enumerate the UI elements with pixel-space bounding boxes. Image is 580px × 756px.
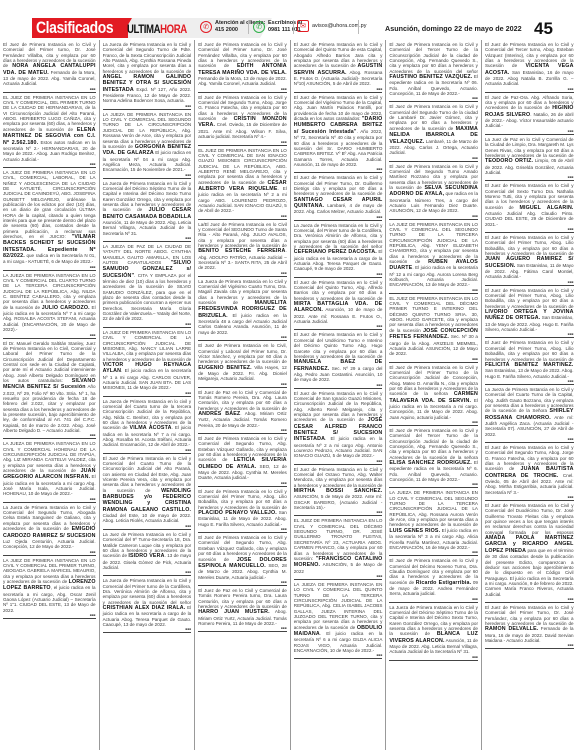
ad-code: ■■■ bbox=[103, 448, 192, 452]
legal-notice: El Juez de Primera Instancia en lo Civil… bbox=[389, 102, 478, 161]
ad-code: ■■■ bbox=[103, 104, 192, 108]
notice-text: para que en el término de 30 días contad… bbox=[485, 548, 574, 597]
notice-text: El Juez de Primera Instancia en lo Civil… bbox=[198, 343, 287, 364]
notice-text: El Juez de Primera Instancia en lo Civil… bbox=[294, 467, 383, 488]
legal-notice: El Juez de Primera Instancia en lo Civil… bbox=[294, 40, 383, 93]
legal-notice: La Jueza de Primera Instancia en lo Civi… bbox=[103, 40, 192, 110]
legal-notice: El Juez de Primera Instancia en lo Civil… bbox=[485, 443, 574, 501]
deceased-name: LUIS GENES RIOS. bbox=[389, 528, 440, 534]
column-2: La Jueza de Primera Instancia en lo Civi… bbox=[99, 40, 195, 750]
ad-code: ■■■ bbox=[3, 433, 96, 437]
legal-notice: El Juez de Primera Instancia en lo Civil… bbox=[485, 286, 574, 339]
deceased-name: PLACIDO PENAYO VALLEJO. bbox=[198, 510, 277, 516]
deceased-name: TEODORO ORTIZ. bbox=[485, 158, 533, 164]
notice-text: El Juez de Primera Instancia en lo Civil… bbox=[485, 605, 574, 626]
notice-text: El Juez de Primera Instancia en lo Civil… bbox=[294, 280, 383, 301]
ad-code: ■■■ bbox=[3, 162, 96, 166]
ad-code: ■■■ bbox=[3, 497, 96, 501]
legal-notice: La Jueza de Primera Instancia en lo Civi… bbox=[103, 179, 192, 242]
legal-notice: El Juez de Primera Instancia en lo Civil… bbox=[389, 162, 478, 220]
column-5: El Juez de Primera Instancia en lo Civil… bbox=[385, 40, 481, 750]
ad-code: ■■■ bbox=[389, 214, 478, 218]
ad-code: ■■■ bbox=[103, 322, 192, 326]
ad-code: ■■■ bbox=[485, 175, 574, 179]
deceased-name: CRISTHIAN ALEX DIAZ IRALA. bbox=[103, 605, 186, 611]
legal-notice: LA JUEZ DE PRIMERA INSTANCIA EN LO CIVIL… bbox=[3, 168, 96, 271]
legal-notice: El Juez de Primera Instancia en lo Civil… bbox=[198, 341, 287, 387]
notice-text: El Dr. Manuel Geraldo Saltitán Stanley, … bbox=[3, 341, 96, 383]
deceased-name: RAMON DELVALLE. bbox=[485, 626, 538, 632]
deceased-name: BENITO ESTECHE FERREIRA bbox=[198, 248, 285, 254]
ad-code: ■■■ bbox=[485, 437, 574, 441]
legal-notice: El Juez de Primera Instancia en lo Civil… bbox=[485, 501, 574, 603]
legal-notice: LA JUEZA DE PAZ DE LA CIUDAD DE YATAITY … bbox=[103, 242, 192, 328]
deceased-name: JULIO CARDOZO. bbox=[42, 305, 90, 311]
ad-code: ■■■ bbox=[389, 420, 478, 424]
ad-code: ■■■ bbox=[198, 428, 287, 432]
deceased-name: EUGENIO BENITEZ. bbox=[198, 365, 252, 371]
ad-code: ■■■ bbox=[3, 333, 96, 337]
ad-code: ■■■ bbox=[389, 482, 478, 486]
legal-notice: La Jueza de Primera Instancia en lo Civi… bbox=[485, 385, 574, 443]
ad-code: ■■■ bbox=[485, 227, 574, 231]
ad-code: ■■■ bbox=[485, 332, 574, 336]
ad-code: ■■■ bbox=[294, 459, 383, 463]
notice-text: La/El Juez de Primera Instancia en lo Ci… bbox=[198, 222, 287, 248]
legal-notice: LA JUEZ DE PRIMERA INSTANCIA EN LO CIVIL… bbox=[3, 556, 96, 619]
phone-icon: ✆ bbox=[200, 21, 212, 33]
legal-notice: El Juez de Primera Instancia en lo Civil… bbox=[294, 278, 383, 331]
deceased-name: HARRO JUAN MUSTER. bbox=[198, 609, 270, 615]
ad-code: ■■■ bbox=[485, 129, 574, 133]
legal-notice: El Juez de Primera Instancia en lo Civil… bbox=[294, 173, 383, 220]
ad-code: ■■■ bbox=[389, 655, 478, 659]
notice-text: Año 2.022, Nº 29, Folio Nº 90 vlto. Stri… bbox=[3, 384, 96, 433]
notice-text: La Jueza de Primera Instancia en lo Civi… bbox=[103, 578, 192, 604]
notice-text: El Juez de Primera Instancia en lo Civil… bbox=[294, 332, 383, 358]
column-1: El Juez de Primera Instancia en lo Civil… bbox=[3, 40, 99, 750]
ad-code: ■■■ bbox=[485, 87, 574, 91]
ad-code: ■■■ bbox=[485, 280, 574, 284]
ad-code: ■■■ bbox=[198, 481, 287, 485]
legal-notice: La Jueza de Primera Instancia en lo civi… bbox=[103, 397, 192, 454]
legal-notice: El Juez de Primera Instancia en lo Civil… bbox=[485, 603, 574, 649]
ad-code: ■■■ bbox=[103, 391, 192, 395]
legal-notice: El Juez de Paz-Ora. Abg. Alfrando Soria,… bbox=[485, 93, 574, 135]
ad-code: ■■■ bbox=[389, 597, 478, 601]
ad-code: ■■■ bbox=[198, 527, 287, 531]
legal-notice: El Juez de Primera Instancia en lo Civil… bbox=[485, 338, 574, 384]
notice-text: El Juez de Primera Instancia en lo Civil… bbox=[485, 288, 574, 309]
legal-notice: El Juez de Primera Instancia en lo Civil… bbox=[294, 389, 383, 465]
section-title: Clasificados bbox=[36, 19, 113, 37]
legal-notice: El Juez de Primera Instancia en lo Civil… bbox=[485, 40, 574, 93]
notice-text: El Juez de Primera Instancia en lo Civil… bbox=[485, 235, 574, 256]
page-header: Clasificados ULTIMAHORA ✆ Atención al cl… bbox=[0, 16, 580, 38]
ad-code: ■■■ bbox=[198, 214, 287, 218]
legal-notice: La Jueza de Primera Instancia en lo Civi… bbox=[103, 576, 192, 633]
notice-text: Actuario Judicial Abg. Claudio Pinto. CI… bbox=[485, 211, 574, 227]
legal-notice: La Juez de Paz en lo Civil y Comercial d… bbox=[485, 135, 574, 181]
notice-text: El Juez de Primera Instancia en lo Civil… bbox=[485, 503, 574, 535]
ad-code: ■■■ bbox=[198, 382, 287, 386]
publication-date: Asunción, domingo 22 de mayo de 2022 bbox=[385, 24, 522, 33]
ad-code: ■■■ bbox=[485, 597, 574, 601]
legal-notice: El Juez de Primera Instancia en lo Civil… bbox=[485, 181, 574, 233]
legal-notice: La Jueza de Primera Instancia en lo Civi… bbox=[198, 277, 287, 341]
notice-text: El Juez de Primera Instancia en lo Civil… bbox=[198, 489, 287, 510]
legal-notice: LA JUEZA DE PRIMERA INSTANCIA EN LO CIVI… bbox=[389, 488, 478, 556]
notice-text: El Juez de Paz en lo Civil y Comercial d… bbox=[198, 588, 287, 609]
classifieds-columns: El Juez de Primera Instancia en lo Civil… bbox=[3, 40, 577, 750]
deceased-name: Ricardo Estigarribia. bbox=[416, 580, 471, 586]
notice-text: LA JUEZ DE PRIMERA INSTANCIA EN LO CIVIL… bbox=[103, 330, 192, 362]
notice-text: El Juez de Primera Instancia en lo Civil… bbox=[294, 175, 383, 196]
legal-notice: El Juez de Primera Instancia en lo Civil… bbox=[389, 363, 478, 426]
ad-code: ■■■ bbox=[103, 173, 192, 177]
divider bbox=[293, 20, 294, 34]
legal-notice: LA JUEZA DE PRIMERA INSTANCIA EN LO CIVI… bbox=[103, 110, 192, 179]
deceased-name: FELICITA BENITEZ MARTINEZ. bbox=[485, 362, 574, 368]
notice-text: ASUNCIÓN, 5 de Mayo de 2022. Ante mí: OS… bbox=[294, 494, 383, 510]
legal-notice: EL JUEZ DE PRIMERA INSTANCIA EN LO CIVIL… bbox=[3, 93, 96, 168]
notice-text: La Jueza de Primera Instancia en lo Civi… bbox=[103, 42, 192, 74]
notice-text: La Juez de Paz en lo Civil y Comercial d… bbox=[485, 137, 574, 158]
ad-code: ■■■ bbox=[294, 510, 383, 514]
legal-notice: El Juez de Primera Instancia en lo Civil… bbox=[389, 40, 478, 102]
ad-code: ■■■ bbox=[103, 236, 192, 240]
legal-notice: El Juez de Primera Instancia en lo Civil… bbox=[294, 330, 383, 388]
deceased-name: VILMA ACOSTA bbox=[130, 425, 172, 431]
ad-code: ■■■ bbox=[198, 335, 287, 339]
legal-notice: El Juez de Primera Instancia en lo Civil… bbox=[198, 93, 287, 146]
legal-notice: La Jueza de Primera Instancia en lo Civi… bbox=[294, 221, 383, 278]
whatsapp-icon: ✆ bbox=[253, 21, 265, 33]
ad-code: ■■■ bbox=[198, 87, 287, 91]
legal-notice: El Juez de Primera Instancia en lo Civil… bbox=[485, 233, 574, 286]
notice-text: El Juez de Primera Instancia en lo Civil… bbox=[389, 428, 478, 460]
column-4: El Juez de Primera Instancia en lo Civil… bbox=[290, 40, 386, 750]
legal-notice: LA JUEZ DE PRIMERA INSTANCIA EN LO CIVIL… bbox=[103, 328, 192, 397]
envelope-icon: ✉ bbox=[297, 20, 309, 32]
notice-text: El Juez de Primera Instancia en lo Civil… bbox=[485, 340, 574, 361]
ad-code: ■■■ bbox=[389, 288, 478, 292]
ad-code: ■■■ bbox=[485, 379, 574, 383]
legal-notice: El Juez de Primera Instancia en lo Civil… bbox=[198, 487, 287, 533]
legal-notice: El Juez de Primera Instancia en lo Civil… bbox=[198, 40, 287, 93]
notice-text: Luz Ojeda Centurión, Actuaria Judicial. … bbox=[3, 539, 96, 549]
notice-text: LA JUEZ DE PRIMERA INSTANCIA EN LO CIVIL… bbox=[3, 170, 96, 239]
notice-text: Asunción, 11 de Mayo de 2022. Abg. Letic… bbox=[103, 220, 192, 236]
ad-code: ■■■ bbox=[3, 550, 96, 554]
divider bbox=[248, 20, 249, 34]
ad-code: ■■■ bbox=[389, 156, 478, 160]
ad-code: ■■■ bbox=[198, 626, 287, 630]
whatsapp-contact: ✆ Escríbinos al0981 111 011 bbox=[253, 20, 302, 33]
notice-text: San Estanislao, 13 de Mayo de 2022. Abog… bbox=[485, 368, 574, 378]
legal-notice: El Juez de Primera Instancia en lo Civil… bbox=[389, 426, 478, 488]
ad-code: ■■■ bbox=[294, 383, 383, 387]
legal-notice: LA JUEZA DE PRIMERA INSTANCIA EN LO CIVI… bbox=[3, 439, 96, 502]
legal-notice: El Juez de Primera Instancia en lo Civil… bbox=[103, 454, 192, 530]
ad-code: ■■■ bbox=[294, 215, 383, 219]
notice-text: LA JUEZA DE PRIMERA INSTANCIA EN LO CIVI… bbox=[389, 490, 478, 527]
ad-code: ■■■ bbox=[103, 627, 192, 631]
deceased-name: ISIDRO VERA bbox=[128, 553, 164, 559]
ad-code: ■■■ bbox=[198, 140, 287, 144]
ad-code: ■■■ bbox=[294, 653, 383, 657]
deceased-name: CEFERIANO PEREZ DACOSTA. bbox=[294, 249, 377, 255]
email-contact: ✉ avisos@uhora.com.py bbox=[297, 20, 367, 32]
ad-code: ■■■ bbox=[198, 271, 287, 275]
newspaper-logo: ULTIMAHORA bbox=[127, 22, 187, 36]
notice-text: . Año 2022, Nº 72, Secretaría Nº 40 cita… bbox=[294, 129, 383, 167]
deceased-name: ANDRÉS BÁEZ bbox=[198, 411, 240, 417]
legal-notice: La Jueza de Primera Instancia en lo Civi… bbox=[389, 603, 478, 661]
ad-code: ■■■ bbox=[389, 357, 478, 361]
legal-notice: La Juez de Primera Instancia en lo Civil… bbox=[103, 530, 192, 576]
legal-notice: EL JUEZ DE PRIMERA INSTANCIA EN LO CIVIL… bbox=[294, 516, 383, 579]
legal-notice: EL JUEZ DE PRIMERA INSTANCIA EN LO CIVIL… bbox=[198, 146, 287, 220]
legal-notice: El Juez de Paz en lo Civil y Comercial d… bbox=[198, 388, 287, 434]
notice-text: La Jueza de Primera Instancia en lo Civi… bbox=[294, 223, 383, 249]
notice-text: El Juez de Paz en lo Civil y Comercial d… bbox=[198, 390, 287, 411]
legal-notice: LA JUEZA DE PRIMERA INSTANCIA EN LO CIVI… bbox=[294, 580, 383, 659]
legal-notice: El Juez de Primera Instancia en lo Civil… bbox=[294, 465, 383, 517]
ad-code: ■■■ bbox=[294, 167, 383, 171]
legal-notice: La/El Juez de Primera Instancia en lo Ci… bbox=[198, 220, 287, 277]
legal-notice: El Juez de Paz en lo Civil y Comercial d… bbox=[198, 586, 287, 632]
legal-notice: El Juez de Primera Instancia en lo Civil… bbox=[3, 40, 96, 93]
legal-notice: La Jueza de Primera Instancia en lo Civi… bbox=[3, 503, 96, 556]
ad-code: ■■■ bbox=[3, 613, 96, 617]
ad-code: ■■■ bbox=[3, 87, 96, 91]
notice-text: LA JUEZ DE PRIMERA INSTANCIA EN LO CIVIL… bbox=[389, 222, 478, 264]
ad-code: ■■■ bbox=[485, 495, 574, 499]
ad-code: ■■■ bbox=[103, 570, 192, 574]
ad-code: ■■■ bbox=[3, 265, 96, 269]
ad-code: ■■■ bbox=[389, 96, 478, 100]
column-6: El Juez de Primera Instancia en lo Civil… bbox=[481, 40, 577, 750]
ad-code: ■■■ bbox=[294, 574, 383, 578]
column-3: El Juez de Primera Instancia en lo Civil… bbox=[194, 40, 290, 750]
ad-code: ■■■ bbox=[294, 324, 383, 328]
legal-notice: El Juez de Primera Instancia en lo Civil… bbox=[294, 93, 383, 173]
ad-code: ■■■ bbox=[294, 87, 383, 91]
notice-text: . CITA Y EMPLAZA por el término de diez … bbox=[103, 273, 192, 322]
ad-code: ■■■ bbox=[294, 272, 383, 276]
legal-notice: EL JUEZ DE PRIMERA INSTANCIA EN LO CIVIL… bbox=[389, 294, 478, 363]
deceased-name: ELISA SANCHEZ RODRIGUEZ. bbox=[389, 460, 471, 466]
legal-notice: El Dr. Manuel Geraldo Saltitán Stanley, … bbox=[3, 339, 96, 440]
deceased-name: FAUSTINO BENITEZ VAZQUEZ. bbox=[389, 74, 472, 80]
notice-text: Ciudad del Este, 10 de mayo de 2022. Abo… bbox=[103, 513, 192, 523]
notice-text: Fernando de la Mora, 13 de mayo de 2022.… bbox=[198, 76, 287, 86]
notice-text: EL JUEZ DE PRIMERA INSTANCIA EN LO CIVIL… bbox=[294, 518, 383, 560]
legal-notice: El Juez de Primera Instancia en lo Civil… bbox=[198, 434, 287, 487]
divider bbox=[358, 20, 359, 34]
legal-notice: El Juez de Primera Instancia en lo Civil… bbox=[389, 556, 478, 602]
legal-notice: LA JUEZA DE PRIMERA INSTANCIA EN LO CIVI… bbox=[3, 271, 96, 339]
ad-code: ■■■ bbox=[103, 524, 192, 528]
ad-code: ■■■ bbox=[389, 550, 478, 554]
deceased-name: MIGUEL ALGARIN. bbox=[519, 205, 573, 211]
notice-text: LA JUEZA DE PRIMERA INSTANCIA EN LO CIVI… bbox=[294, 582, 383, 630]
legal-notice: El Juez de Primera Instancia en lo Civil… bbox=[198, 533, 287, 586]
ad-code: ■■■ bbox=[198, 580, 287, 584]
notice-text: El Juez de Primera Instancia en lo Civil… bbox=[389, 42, 478, 74]
page-number: 45 bbox=[534, 19, 553, 39]
legal-notice: LA JUEZ DE PRIMERA INSTANCIA EN LO CIVIL… bbox=[389, 220, 478, 294]
ad-code: ■■■ bbox=[485, 643, 574, 647]
